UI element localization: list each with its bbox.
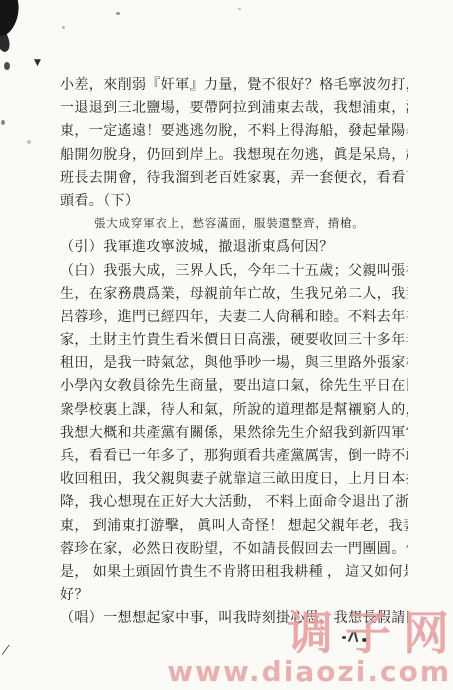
text-line: 頭看。（下） [60,190,408,213]
watermark: 调子网 www.diaozi.com [167,610,451,688]
text-line: 收回租田，我父親與妻子就靠這三畝田度日，上月日本投 [60,468,408,491]
text-line: 生，在家務農爲業，母親前年亡故，生我兄弟二人，我妻 [60,283,408,306]
text-line: 家，土財主竹貴生看米價日日高漲，硬要收回三十多年老 [60,329,408,352]
scan-smudge [4,62,10,70]
scan-speck [27,140,31,144]
text-line: 東， 到浦東打游擊， 眞叫人奇怪！ 想起父親年老，我妻 [60,515,408,538]
text-line: 好？ [60,584,408,607]
stage-direction: 張大成穿軍衣上，愁容滿面，服裝還整齊，揹槍。 [60,213,408,236]
text-line: 船開勿脫身，仍回到岸上。我想現在勿逃，眞是呆鳥，趁 [60,144,408,167]
watermark-site-name: 调子网 [167,610,453,656]
scan-smudge [0,29,12,54]
text-line: 東，一定遙遠！要逃逃勿脫，不料上得海船，發起暈陽暴 [60,120,408,143]
dialogue-continuation: 小差，來削弱『奸軍』力量，覺不很好？格毛寧波勿打，一退退到三北鹽場，要帶阿拉到浦… [60,74,408,213]
text-line: 一退退到三北鹽場，要帶阿拉到浦東去哉，我想浦東，浦 [60,97,408,120]
text-line: 租田，是我一時氣忿，與他爭吵一場，與三里路外張家村 [60,352,408,375]
arrow-mark: ▼ [34,58,41,68]
text-line: 小差，來削弱『奸軍』力量，覺不很好？格毛寧波勿打， [60,74,408,97]
scan-speck [62,26,65,29]
text-line: 小學內女敎員徐先生商量，要出這口氣，徐先生平日在民 [60,375,408,398]
monologue: （白）我張大成，三界人氏，今年二十五歲；父親叫張福生，在家務農爲業，母親前年亡故… [60,260,408,608]
text-line: 是， 如果土頭固竹貴生不肯將田租我耕種 ， 這又如何是 [60,561,408,584]
text-line: 兵，看看已一年多了，那狗頭看共產黨厲害，倒一時不敢 [60,445,408,468]
script-text: 小差，來削弱『奸軍』力量，覺不很好？格毛寧波勿打，一退退到三北鹽場，要帶阿拉到浦… [60,74,408,631]
text-line: 蓉珍在家，必然日夜盼望，不如請長假回去一門團圓。但 [60,538,408,561]
text-line: 我想大概和共產黨有關係，果然徐先生介紹我到新四軍當 [60,422,408,445]
scan-smudge [1,120,5,125]
stray-mark: / [2,642,9,660]
text-line: （白）我張大成，三界人氏，今年二十五歲；父親叫張福 [60,260,408,283]
text-line: 衆學校裏上課，待人和氣，所說的道理都是幫襯窮人的， [60,399,408,422]
text-line: 班長去開會，待我溜到老百姓家裏，弄一套便衣，看看苗 [60,167,408,190]
text-line: 呂蓉珍，進門已經四年，夫妻二人尙稱和睦。不料去年在 [60,306,408,329]
scan-speck [116,12,120,15]
recitation-line: （引）我軍進攻寧波城，撤退浙東爲何因？ [60,236,408,259]
watermark-site-url: www.diaozi.com [167,656,451,688]
text-line: 降，我心想現在正好大大活動， 不料上面命令退出了浙 [60,491,408,514]
scan-speck [238,8,241,10]
scanned-script-page: ▼ 小差，來削弱『奸軍』力量，覺不很好？格毛寧波勿打，一退退到三北鹽場，要帶阿拉… [0,0,453,690]
